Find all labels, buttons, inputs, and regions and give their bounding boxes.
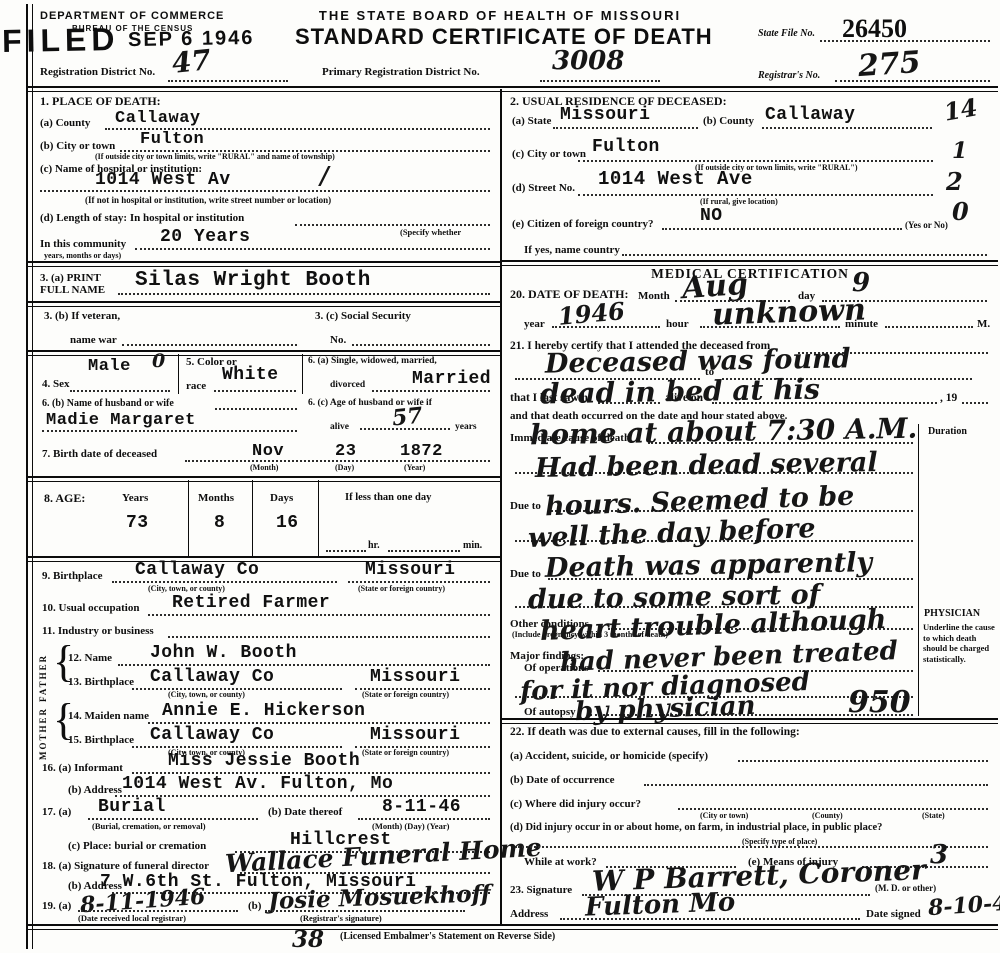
birthplace-line xyxy=(112,581,337,583)
due-to-1-label: Due to xyxy=(510,500,541,512)
board-title: THE STATE BOARD OF HEALTH OF MISSOURI xyxy=(295,8,705,23)
disposition-line xyxy=(88,818,258,820)
occupation-value: Retired Farmer xyxy=(172,594,330,612)
res-state-label: (a) State xyxy=(512,115,551,127)
father-birthplace-label: 13. Birthplace xyxy=(68,676,134,688)
registration-district-label: Registration District No. xyxy=(40,66,155,78)
city-value: Fulton xyxy=(140,131,204,148)
mother-birthplace-state: Missouri xyxy=(370,726,460,744)
registrar-date-note: (Date received local registrar) xyxy=(78,914,186,923)
community-label: In this community xyxy=(40,238,126,250)
age-years-divider xyxy=(188,480,189,556)
certify-19-label: , 19 xyxy=(940,392,957,405)
duration-label: Duration xyxy=(928,426,967,437)
med-hw-line-3: home at about 7:30 A.M. xyxy=(530,415,918,450)
hospital-line xyxy=(40,190,490,192)
birthdate-line xyxy=(185,460,490,462)
res-street-label: (d) Street No. xyxy=(512,182,575,194)
med-hw-code: 950 xyxy=(848,688,911,718)
mother-birthplace-label: 15. Birthplace xyxy=(68,734,134,746)
age-years-header: Years xyxy=(122,492,148,504)
date-signed-label: Date signed xyxy=(866,908,921,920)
physician-sig-note: (M. D. or other) xyxy=(875,884,936,894)
community-value: 20 Years xyxy=(160,228,250,246)
age-days-header: Days xyxy=(270,492,293,504)
dod-hour-line xyxy=(700,326,840,328)
birthplace-state-line xyxy=(348,581,490,583)
industry-label: 11. Industry or business xyxy=(42,625,154,637)
res-state-line xyxy=(553,127,698,129)
registrar-date-line xyxy=(78,910,238,912)
res-street-code: 2 xyxy=(946,170,963,194)
external-c-label: (c) Where did injury occur? xyxy=(510,798,641,810)
death-certificate-scan: DEPARTMENT OF COMMERCE BUREAU OF THE CEN… xyxy=(0,0,1000,953)
marital-label-2: divorced xyxy=(330,380,365,390)
occupation-line xyxy=(148,614,490,616)
dod-hour-label: hour xyxy=(666,318,689,330)
father-name-line xyxy=(118,664,490,666)
sex-mark: 0 xyxy=(152,352,165,371)
birth-day-note: (Day) xyxy=(335,464,354,473)
external-d-label: (d) Did injury occur in or about home, o… xyxy=(510,822,882,834)
primary-district-line xyxy=(540,80,660,82)
primary-district-value: 3008 xyxy=(552,48,624,74)
sex-value: Male xyxy=(88,358,131,375)
father-bp-state-note: (State or foreign country) xyxy=(362,691,449,700)
res-county-code: 14 xyxy=(942,95,979,124)
physician-sig-label: 23. Signature xyxy=(510,884,572,896)
external-a-label: (a) Accident, suicide, or homicide (spec… xyxy=(510,750,708,762)
occupation-label: 10. Usual occupation xyxy=(42,602,140,614)
age-months-header: Months xyxy=(198,492,234,504)
medical-rule xyxy=(500,718,998,724)
external-d-note: (Specify type of place) xyxy=(742,838,817,847)
age-days-divider xyxy=(318,480,319,556)
res-citizen-note: (Yes or No) xyxy=(905,221,948,231)
fullname-rule xyxy=(26,301,500,307)
color-marital-divider xyxy=(302,354,303,394)
res-citizen-label: (e) Citizen of foreign country? xyxy=(512,218,654,230)
disposition-date-label: (b) Date thereof xyxy=(268,806,342,818)
county-value: Callaway xyxy=(115,110,201,127)
disposition-date-value: 8-11-46 xyxy=(382,798,461,816)
hospital-value: 1014 West Av xyxy=(95,171,231,189)
ssn-line xyxy=(352,344,490,346)
birthdate-label: 7. Birth date of deceased xyxy=(42,448,157,460)
column-divider-rule xyxy=(500,89,502,924)
spouse-label-line xyxy=(215,408,297,410)
stay-label: (d) Length of stay: In hospital or insti… xyxy=(40,212,244,224)
dod-year-value: 1946 xyxy=(557,299,626,329)
color-value: White xyxy=(222,366,279,384)
disposition-note: (Burial, cremation, or removal) xyxy=(92,822,206,831)
res-county-line xyxy=(762,127,932,129)
registrar-no-label: Registrar's No. xyxy=(758,70,820,81)
bottom-rule xyxy=(26,924,998,930)
external-b-line xyxy=(644,784,988,786)
age-min-line xyxy=(388,550,460,552)
informant-address-label: (b) Address xyxy=(68,784,122,796)
res-state-value: Missouri xyxy=(560,106,650,124)
ssn-label: 3. (c) Social Security xyxy=(315,310,411,322)
father-name-value: John W. Booth xyxy=(150,644,297,662)
res-city-value: Fulton xyxy=(592,138,660,156)
res-citizen-line xyxy=(662,228,902,230)
underline-instruction-note: Underline the cause to which death shoul… xyxy=(923,622,995,665)
physician-addr-value: Fulton Mo xyxy=(585,889,736,920)
sex-label: 4. Sex xyxy=(42,378,70,390)
city-note: (If outside city or town limits, write "… xyxy=(95,153,335,162)
section1-rule xyxy=(26,261,500,267)
mother-name-value: Annie E. Hickerson xyxy=(162,702,365,720)
registrar-signature: Josie Mosuekhoff xyxy=(268,882,491,913)
due-to-2-label: Due to xyxy=(510,568,541,580)
state-file-label: State File No. xyxy=(758,28,815,39)
physician-addr-line xyxy=(560,918,860,920)
spouse-label: 6. (b) Name of husband or wife xyxy=(42,398,174,409)
marital-line xyxy=(372,390,490,392)
external-c-line xyxy=(678,808,988,810)
res-street-value: 1014 West Ave xyxy=(598,170,753,189)
physician-label: PHYSICIAN xyxy=(924,608,980,619)
age-label: 8. AGE: xyxy=(44,492,85,505)
registrar-no-value: 275 xyxy=(857,48,922,82)
certify-19-line xyxy=(962,402,988,404)
father-bp-note: (City, town, or county) xyxy=(168,691,245,700)
ssn-no-label: No. xyxy=(330,334,346,346)
birth-month-note: (Month) xyxy=(250,464,278,473)
age-min-label: min. xyxy=(463,540,482,551)
med-hw-line-7: Death was apparently xyxy=(545,549,873,582)
duration-divider xyxy=(918,424,919,716)
external-c-note-state: (State) xyxy=(922,812,945,821)
res-city-label: (c) City or town xyxy=(512,148,586,160)
of-autopsy-label: Of autopsy xyxy=(524,706,576,718)
birthplace-value: Callaway Co xyxy=(135,561,259,579)
spouse-age-alive-label: alive xyxy=(330,422,349,432)
industry-line xyxy=(168,636,490,638)
registrar-sig-note: (Registrar's signature) xyxy=(300,914,382,923)
mother-name-line xyxy=(148,722,490,724)
place-of-death-heading: 1. PLACE OF DEATH: xyxy=(40,95,161,108)
while-at-work-label: While at work? xyxy=(524,856,597,868)
burial-place-label: (c) Place: burial or cremation xyxy=(68,840,206,852)
res-city-line xyxy=(578,160,933,162)
res-country-line xyxy=(622,254,987,256)
footer-number: 38 xyxy=(292,928,324,951)
res-citizen-value: NO xyxy=(700,207,723,225)
birthdate-rule xyxy=(26,476,500,482)
dod-minute-line xyxy=(885,326,973,328)
res-city-code: 1 xyxy=(952,140,967,162)
state-file-line xyxy=(820,40,990,42)
dod-year-line xyxy=(552,326,660,328)
county-label: (a) County xyxy=(40,117,90,129)
fullname-line xyxy=(118,293,490,295)
spouse-age-line xyxy=(360,428,450,430)
funeral-director-label: 18. (a) Signature of funeral director xyxy=(42,860,209,872)
external-c-note-county: (County) xyxy=(812,812,843,821)
res-county-value: Callaway xyxy=(765,106,855,124)
dod-month-label: Month xyxy=(638,290,670,302)
registrar-sig-prefix: (b) xyxy=(248,900,261,912)
birth-month: Nov xyxy=(252,443,284,460)
res-street-line xyxy=(578,194,933,196)
stay-line xyxy=(295,224,490,226)
spouse-age-unit: years xyxy=(455,422,477,432)
informant-value: Miss Jessie Booth xyxy=(168,752,360,770)
community-line xyxy=(135,248,490,250)
mother-birthplace-value: Callaway Co xyxy=(150,726,274,744)
color-line xyxy=(214,390,296,392)
med-hw-line-6: well the day before xyxy=(528,515,816,552)
dod-m-label: M. xyxy=(977,318,990,330)
external-a-line xyxy=(738,760,988,762)
med-hw-line-2: dead in bed at his xyxy=(540,376,820,409)
sex-line xyxy=(70,390,170,392)
fullname-label-2: FULL NAME xyxy=(40,284,105,296)
age-months-divider xyxy=(252,480,253,556)
father-name-label: 12. Name xyxy=(68,652,112,664)
community-note: years, months or days) xyxy=(44,252,121,261)
embalmer-note: (Licensed Embalmer's Statement on Revers… xyxy=(340,931,555,942)
res-citizen-code: 0 xyxy=(952,200,969,224)
stay-note: (Specify whether xyxy=(400,228,461,237)
mother-bp-state-note: (State or foreign country) xyxy=(362,749,449,758)
city-label: (b) City or town xyxy=(40,140,115,152)
age-months-value: 8 xyxy=(214,514,225,532)
dod-year-label: year xyxy=(524,318,545,330)
registration-district-line xyxy=(168,80,288,82)
father-birthplace-state: Missouri xyxy=(370,668,460,686)
department-line: DEPARTMENT OF COMMERCE xyxy=(40,10,224,22)
color-label-2: race xyxy=(186,380,206,392)
primary-district-label: Primary Registration District No. xyxy=(322,66,480,78)
informant-label: 16. (a) Informant xyxy=(42,762,123,774)
father-birthplace-value: Callaway Co xyxy=(150,668,274,686)
age-days-value: 16 xyxy=(276,514,299,532)
means-of-injury-value: 3 xyxy=(930,842,948,868)
sex-color-divider xyxy=(178,354,179,394)
age-less-label: If less than one day xyxy=(345,492,431,504)
birth-day: 23 xyxy=(335,443,356,460)
res-county-label: (b) County xyxy=(703,115,754,127)
hospital-note: (If not in hospital or institution, writ… xyxy=(85,196,331,206)
marital-label-1: 6. (a) Single, widowed, married, xyxy=(308,356,437,366)
filed-stamp: FILED xyxy=(2,21,120,60)
registrar-row-label: 19. (a) xyxy=(42,900,71,912)
external-c-note-city: (City or town) xyxy=(700,812,748,821)
disposition-type: Burial xyxy=(98,798,166,816)
registration-district-value: 47 xyxy=(171,46,213,78)
birth-year-note: (Year) xyxy=(404,464,425,473)
registrar-no-line xyxy=(835,80,990,82)
dod-minute-label: minute xyxy=(845,318,878,330)
hospital-mark: / xyxy=(320,164,329,188)
age-hr-label: hr. xyxy=(368,540,380,551)
external-heading: 22. If death was due to external causes,… xyxy=(510,726,800,739)
registrar-sig-line xyxy=(265,910,465,912)
date-signed-value: 8-10-46 xyxy=(927,891,1000,920)
disposition-label: 17. (a) xyxy=(42,806,71,818)
marital-value: Married xyxy=(412,370,491,388)
disposition-date-line xyxy=(358,818,490,820)
physician-addr-label: Address xyxy=(510,908,548,920)
spouse-value: Madie Margaret xyxy=(46,412,196,429)
veteran-line xyxy=(122,344,297,346)
veteran-namewar-label: name war xyxy=(70,334,117,346)
med-hw-line-4: Had been dead several xyxy=(535,449,878,482)
veteran-label: 3. (b) If veteran, xyxy=(44,310,120,322)
res-country-label: If yes, name country xyxy=(524,244,620,256)
informant-address-value: 1014 West Av. Fulton, Mo xyxy=(122,775,393,793)
birthplace-state: Missouri xyxy=(365,561,455,579)
birthplace-state-note: (State or foreign country) xyxy=(358,585,445,594)
spouse-age-value: 57 xyxy=(391,404,424,429)
birthplace-label: 9. Birthplace xyxy=(42,570,103,582)
certificate-title: STANDARD CERTIFICATE OF DEATH xyxy=(295,24,705,50)
mother-side-label: MOTHER xyxy=(38,702,48,760)
funeral-director-signature: Wallace Funeral Home xyxy=(225,835,543,877)
header-rule xyxy=(26,86,998,92)
spouse-line xyxy=(42,430,297,432)
age-years-value: 73 xyxy=(126,514,149,532)
father-side-label: FATHER xyxy=(38,644,48,702)
mother-name-label: 14. Maiden name xyxy=(68,710,149,722)
fullname-value: Silas Wright Booth xyxy=(135,270,371,291)
age-hr-line xyxy=(326,550,366,552)
birth-year: 1872 xyxy=(400,443,443,460)
fullname-label-1: 3. (a) PRINT xyxy=(40,272,101,284)
external-b-label: (b) Date of occurrence xyxy=(510,774,615,786)
